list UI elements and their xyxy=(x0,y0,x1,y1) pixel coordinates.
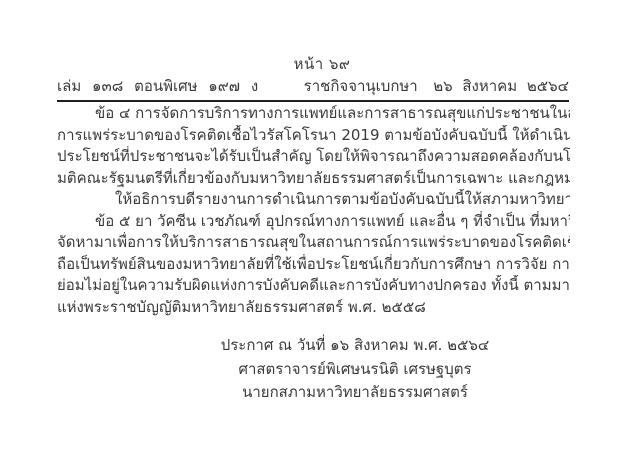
gazette-page: หน้า ๖๙ เล่ม ๑๓๘ ตอนพิเศษ ๑๙๗ ง ราชกิจจา… xyxy=(0,0,626,455)
signer-title: นายกสภามหาวิทยาลัยธรรมศาสตร์ xyxy=(150,381,560,405)
body-line: จัดหามาเพื่อการให้บริการสาธารณสุขในสถานก… xyxy=(57,232,570,254)
signature-block: ประกาศ ณ วันที่ ๑๖ สิงหาคม พ.ศ. ๒๕๖๔ ศาส… xyxy=(150,334,560,405)
body-line: มติคณะรัฐมนตรีที่เกี่ยวข้องกับมหาวิทยาลั… xyxy=(57,168,570,190)
gazette-title: ราชกิจจานุเบกษา xyxy=(258,76,433,97)
body-line: ข้อ ๔ การจัดการบริการทางการแพทย์และการสา… xyxy=(57,103,570,125)
page-number-label: หน้า ๖๙ xyxy=(57,54,569,74)
publication-date: ๒๖ สิงหาคม ๒๕๖๔ xyxy=(433,76,569,97)
body-line: การแพร่ระบาดของโรคติดเชื้อไวรัสโคโรนา 20… xyxy=(57,125,570,147)
body-line: ให้อธิการบดีรายงานการดำเนินการตามข้อบังค… xyxy=(57,189,570,211)
volume-edition-label: เล่ม ๑๓๘ ตอนพิเศษ ๑๙๗ ง xyxy=(57,76,258,97)
body-line: ประโยชน์ที่ประชาชนจะได้รับเป็นสำคัญ โดยใ… xyxy=(57,146,570,168)
announcement-date-line: ประกาศ ณ วันที่ ๑๖ สิงหาคม พ.ศ. ๒๕๖๔ xyxy=(150,334,560,358)
body-line: ย่อมไม่อยู่ในความรับผิดแห่งการบังคับคดีแ… xyxy=(57,275,570,297)
header-row: เล่ม ๑๓๘ ตอนพิเศษ ๑๙๗ ง ราชกิจจานุเบกษา … xyxy=(57,76,569,97)
signer-name: ศาสตราจารย์พิเศษนรนิติ เศรษฐบุตร xyxy=(150,358,560,382)
body-line: ถือเป็นทรัพย์สินของมหาวิทยาลัยที่ใช้เพื่… xyxy=(57,254,570,276)
body-line: ข้อ ๕ ยา วัคซีน เวชภัณฑ์ อุปกรณ์ทางการแพ… xyxy=(57,211,570,233)
header-divider xyxy=(57,100,569,102)
document-body: ข้อ ๔ การจัดการบริการทางการแพทย์และการสา… xyxy=(57,103,570,318)
body-line: แห่งพระราชบัญญัติมหาวิทยาลัยธรรมศาสตร์ พ… xyxy=(57,297,570,319)
gazette-header: หน้า ๖๙ เล่ม ๑๓๘ ตอนพิเศษ ๑๙๗ ง ราชกิจจา… xyxy=(57,54,569,102)
